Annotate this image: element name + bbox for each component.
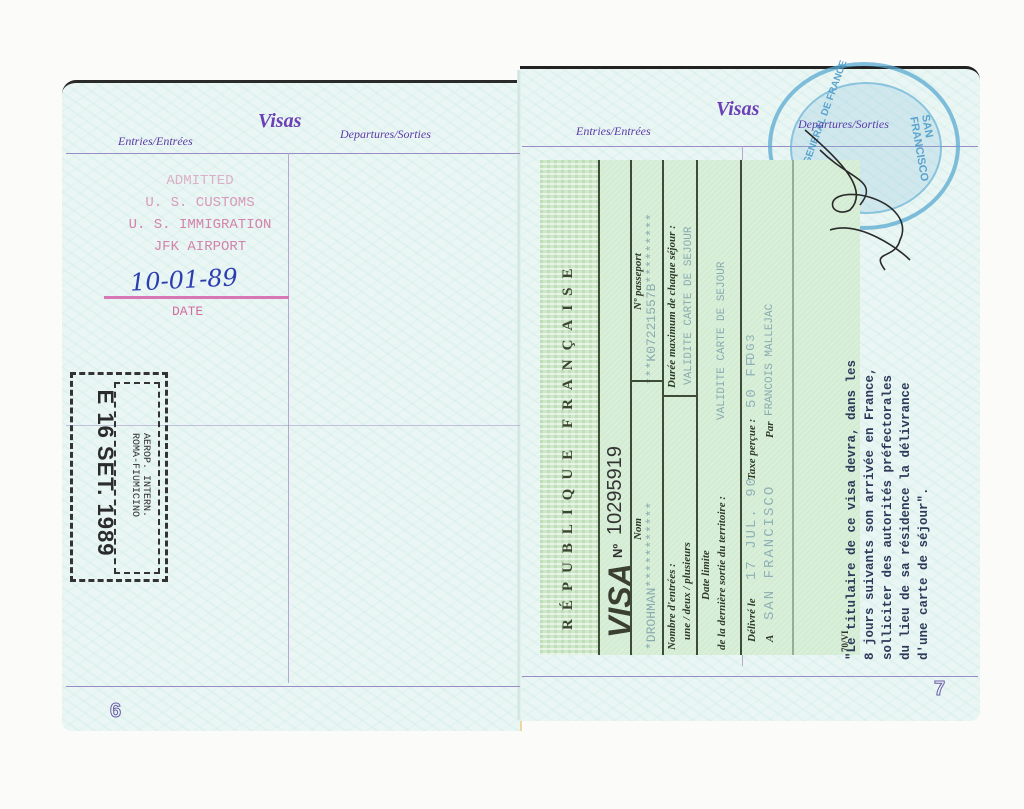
us-stamp-line: U. S. IMMIGRATION — [100, 214, 300, 236]
us-stamp-line: JFK AIRPORT — [100, 236, 300, 258]
notice-line: "Le titulaire de ce visa devra, dans les — [843, 360, 861, 660]
max-stay-label: Durée maximum de chaque séjour : — [666, 225, 678, 388]
page-number-left: 6 — [110, 700, 121, 723]
italy-entry-stamp: E 16 SET. 1989 AEROP. INTERN. ROMA-FIUMI… — [70, 372, 168, 582]
visa-number-label: Nº — [610, 544, 625, 558]
left-entries-label: Entries/Entrées — [118, 134, 193, 149]
right-entries-label: Entries/Entrées — [576, 124, 651, 139]
us-stamp-line: ADMITTED — [100, 170, 300, 192]
right-visas-title: Visas — [716, 98, 759, 121]
notice-line: solliciter des autorités préfectorales — [879, 360, 897, 660]
us-entry-stamp: ADMITTED U. S. CUSTOMS U. S. IMMIGRATION… — [100, 170, 300, 258]
spine — [517, 70, 521, 720]
passport-label: Nº passeport — [632, 253, 644, 310]
stay-divider — [662, 395, 696, 397]
visa-country: RÉPUBLIQUE FRANÇAISE — [560, 260, 577, 630]
passport-value: ***K07221557B********* — [644, 213, 659, 385]
max-stay-value: VALIDITE CARTE DE SEJOUR — [683, 227, 695, 385]
location-line: AEROP. INTERN. — [140, 375, 151, 575]
visa-column-rule — [740, 160, 742, 655]
entries-options: une / deux / plusieurs — [681, 542, 693, 640]
passport-divider — [630, 380, 662, 382]
italy-stamp-date: E 16 SET. 1989 — [92, 368, 118, 578]
at-label: A — [764, 635, 776, 642]
visa-column-rule — [792, 160, 794, 655]
deadline-label-1: Date limite — [700, 550, 712, 600]
visa-column-rule — [630, 160, 632, 655]
consul-signature — [800, 120, 930, 280]
visa-column-rule — [662, 160, 664, 655]
issued-date: 17 JUL. 90 — [744, 476, 760, 580]
notice-line: d'une carte de séjour". — [915, 360, 933, 660]
by-label: Par — [764, 422, 776, 439]
fee-label: Taxe perçue : — [746, 419, 758, 480]
name-label: Nom — [632, 518, 644, 540]
issuer-name: FRANCOIS MALLEJAC — [764, 304, 776, 416]
right-footer-rule — [522, 676, 978, 677]
entries-label: Nombre d'entrées : — [666, 563, 678, 650]
left-header-rule — [66, 153, 520, 154]
issued-place: SAN FRANCISCO — [762, 485, 778, 620]
fee-value: 50 FF — [744, 356, 760, 408]
issued-label: Délivré le — [746, 598, 758, 642]
notice-line: 8 jours suivants son arrivée en France, — [861, 360, 879, 660]
location-line: ROMA-FIUMICINO — [129, 375, 140, 575]
visa-column-rule — [598, 160, 600, 655]
date-underline — [104, 296, 289, 299]
handwritten-date: 10-01-89 — [129, 263, 238, 297]
left-departures-label: Departures/Sorties — [340, 127, 431, 142]
residence-notice-stamp: "Le titulaire de ce visa devra, dans les… — [843, 360, 933, 660]
deadline-value: VALIDITE CARTE DE SEJOUR — [716, 262, 728, 420]
page-number-right: 7 — [934, 678, 945, 701]
visa-title: VISA — [602, 563, 639, 638]
deadline-label-2: de la dernière sortie du territoire : — [716, 496, 728, 650]
us-stamp-line: U. S. CUSTOMS — [100, 192, 300, 214]
notice-line: du lieu de sa résidence la délivrance — [897, 360, 915, 660]
italy-stamp-location: AEROP. INTERN. ROMA-FIUMICINO — [129, 375, 151, 575]
name-value: *DROHMAN*********** — [644, 502, 659, 650]
visa-column-rule — [696, 160, 698, 655]
left-visas-title: Visas — [258, 110, 301, 133]
date-label: DATE — [172, 304, 203, 319]
visa-number: 10295919 — [604, 446, 627, 535]
left-footer-rule — [66, 686, 520, 687]
fee-code: DG3 — [744, 332, 758, 360]
